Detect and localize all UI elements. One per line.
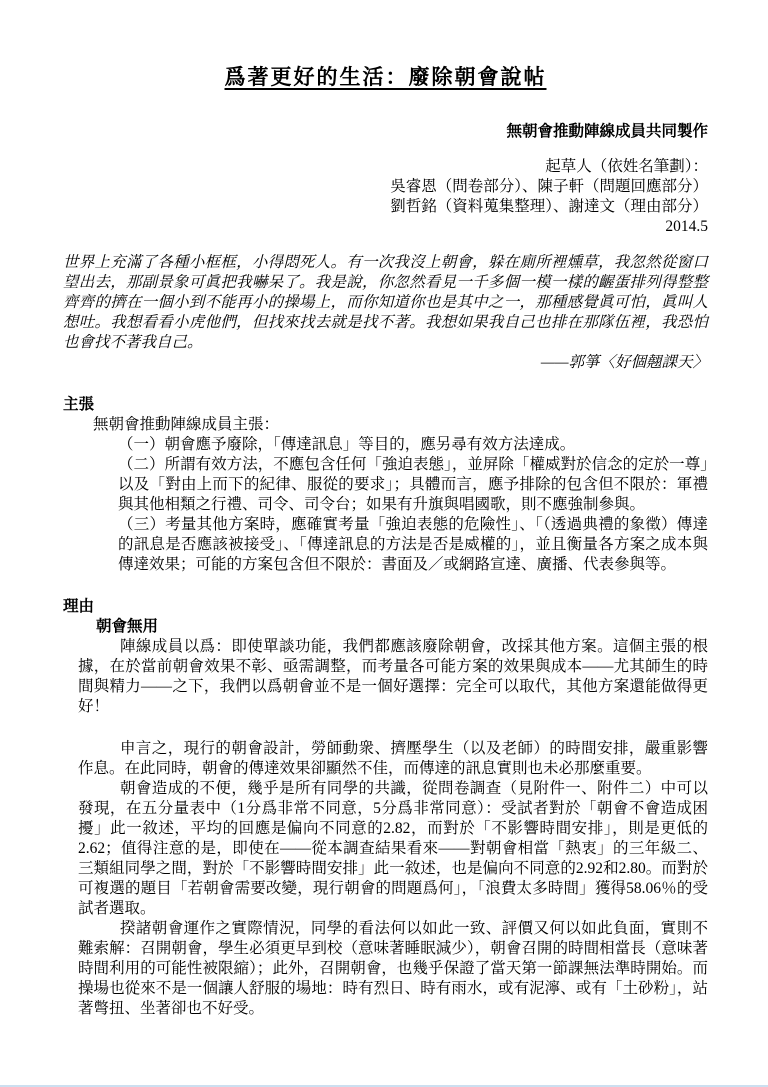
reasons-subheading: 朝會無用 <box>96 617 708 637</box>
drafters-block: 起草人（依姓名筆劃）： 吳睿恩（問卷部分）、陳子軒（問題回應部分） 劉哲銘（資料… <box>63 157 708 237</box>
claim-item-1: （一）朝會應予廢除，「傳達訊息」等目的，應另尋有效方法達成。 <box>118 435 708 455</box>
drafters-line-2: 劉哲銘（資料蒐集整理）、謝達文（理由部分） <box>63 197 708 217</box>
drafters-line-1: 吳睿恩（問卷部分）、陳子軒（問題回應部分） <box>63 177 708 197</box>
reason-paragraph-3: 朝會造成的不便，幾乎是所有同學的共識，從問卷調查（見附件一、附件二）中可以發現，… <box>78 779 708 919</box>
document-title: 爲著更好的生活：廢除朝會說帖 <box>63 64 708 90</box>
epigraph-quote: 世界上充滿了各種小框框，小得悶死人。有一次我沒上朝會，躲在廁所裡燻草，我忽然從窗… <box>63 253 708 353</box>
reasons-section: 理由 朝會無用 陣線成員以爲：即使單談功能，我們都應該廢除朝會，改採其他方案。這… <box>63 597 708 1019</box>
reason-paragraph-1: 陣線成員以爲：即使單談功能，我們都應該廢除朝會，改採其他方案。這個主張的根據，在… <box>78 637 708 717</box>
draft-date: 2014.5 <box>63 217 708 237</box>
drafters-label: 起草人（依姓名筆劃）： <box>63 157 708 177</box>
claims-heading: 主張 <box>63 395 708 415</box>
reasons-heading: 理由 <box>63 597 708 617</box>
epigraph-attribution: ——郭箏〈好個翹課天〉 <box>63 353 708 373</box>
byline: 無朝會推動陣線成員共同製作 <box>63 122 708 142</box>
claims-intro: 無朝會推動陣線成員主張： <box>93 415 708 435</box>
claim-item-3: （三）考量其他方案時，應確實考量「強迫表態的危險性」、「（透過典禮的象徵）傳達的… <box>118 515 708 575</box>
document-title-text: 爲著更好的生活：廢除朝會說帖 <box>225 65 547 89</box>
claim-item-2: （二）所謂有效方法，不應包含任何「強迫表態」，並屏除「權威對於信念的定於一尊」以… <box>118 455 708 515</box>
claims-section: 主張 無朝會推動陣線成員主張： （一）朝會應予廢除，「傳達訊息」等目的，應另尋有… <box>63 395 708 575</box>
reason-paragraph-4: 揆諸朝會運作之實際情況，同學的看法何以如此一致、評價又何以如此負面，實則不難索解… <box>78 919 708 1019</box>
document-page: 爲著更好的生活：廢除朝會說帖 無朝會推動陣線成員共同製作 起草人（依姓名筆劃）：… <box>0 0 768 1019</box>
reason-paragraph-2: 申言之，現行的朝會設計，勞師動衆、擠壓學生（以及老師）的時間安排，嚴重影響作息。… <box>78 739 708 779</box>
